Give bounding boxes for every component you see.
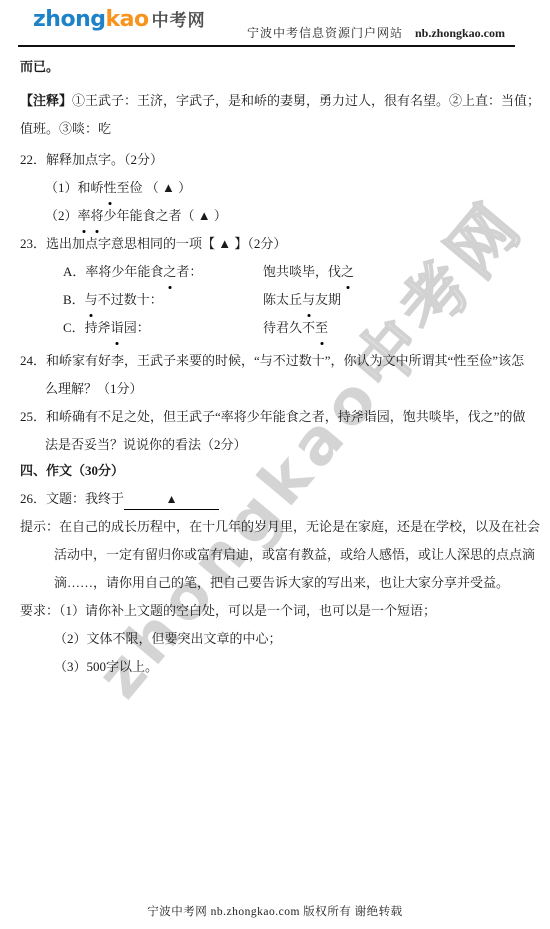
- text-segment: 四、作文（30分）: [20, 463, 124, 478]
- page-header: zhongkao中考网 宁波中考信息资源门户网站nb.zhongkao.com: [18, 0, 515, 47]
- text-segment: 23．选出加点字意思相同的一项【 ▲ 】（2分）: [20, 236, 286, 251]
- text-segment: 么理解？（1分）: [45, 381, 143, 396]
- text-segment: 【注释】: [20, 93, 72, 108]
- document-body: 而已。【注释】①王武子：王济，字武子，是和峤的妻舅，勇力过人，很有名望。②上直：…: [0, 47, 550, 681]
- dotted-char: 将: [91, 202, 104, 230]
- text-segment: 陈太丘: [263, 292, 302, 307]
- text-segment: 要求：（1）请你补上文题的空白处，可以是一个词，也可以是一个短语；: [20, 603, 436, 618]
- text-segment: （2）: [45, 208, 78, 223]
- text-line: 值班。③啖：吃: [20, 115, 535, 143]
- site-url: nb.zhongkao.com: [415, 26, 505, 40]
- text-segment: （3）500字以上。: [54, 659, 158, 674]
- site-info: 宁波中考信息资源门户网站nb.zhongkao.com: [247, 24, 505, 41]
- text-line: 提示：在自己的成长历程中，在十几年的岁月里，无论是在家庭，还是在学校，以及在社会: [20, 513, 535, 541]
- option-left-column: A．率将少年能食之者：: [63, 258, 263, 286]
- text-segment: A．率将少年能食: [63, 264, 163, 279]
- logo-zhong-text: zhong: [33, 7, 106, 32]
- text-segment: 者：: [176, 264, 202, 279]
- text-segment: 提示：在自己的成长历程中，在十几年的岁月里，无论是在家庭，还是在学校，以及在社会: [20, 519, 540, 534]
- dotted-char: 性: [104, 174, 117, 202]
- text-line: （3）500字以上。: [20, 653, 535, 681]
- logo-cn-text: 中考网: [152, 11, 206, 31]
- zhongkao-logo: zhongkao中考网: [33, 9, 206, 32]
- text-line: （1）和峤性至俭 （ ▲ ）: [20, 174, 535, 202]
- answer-blank: ▲: [124, 492, 219, 510]
- text-line: 而已。: [20, 53, 535, 81]
- option-left-column: C．持斧诣园：: [63, 314, 263, 342]
- dotted-char: 率: [78, 202, 91, 230]
- dotted-char: 与: [302, 286, 315, 314]
- text-line: 活动中，一定有留归你或富有启迪，或富有教益，或给人感悟，或让人深思的点点滴: [20, 541, 535, 569]
- exam-paper-page: zhongkao中考网 zhongkao中考网 宁波中考信息资源门户网站nb.z…: [0, 0, 550, 929]
- option-left-column: B．与不过数十：: [63, 286, 263, 314]
- text-segment: 滴……，请你用自己的笔，把自己要告诉大家的写出来，也让大家分享并受益。: [54, 575, 509, 590]
- text-segment: 值班。③啖：吃: [20, 121, 111, 136]
- text-line: 24．和峤家有好李，王武子来要的时候，“与不过数十”，你认为文中所谓其“性至俭”…: [20, 347, 535, 375]
- text-segment: 24．和峤家有好李，王武子来要的时候，“与不过数十”，你认为文中所谓其“性至俭”…: [20, 353, 524, 368]
- logo-kao-text: kao: [106, 7, 149, 32]
- text-segment: 少年能食之者（ ▲ ）: [104, 208, 227, 223]
- text-line: 滴……，请你用自己的笔，把自己要告诉大家的写出来，也让大家分享并受益。: [20, 569, 535, 597]
- text-segment: 待君久不: [263, 320, 315, 335]
- text-segment: 而已。: [20, 59, 59, 74]
- text-segment: （2）文体不限，但要突出文章的中心；: [54, 631, 282, 646]
- text-line: 25．和峤确有不足之处，但王武子“率将少年能食之者，持斧诣园，饱共啖毕，伐之”的…: [20, 403, 535, 431]
- text-line: 23．选出加点字意思相同的一项【 ▲ 】（2分）: [20, 230, 535, 258]
- dotted-char: 诣: [111, 314, 124, 342]
- dotted-char: 与: [85, 286, 98, 314]
- text-segment: C．持斧: [63, 320, 111, 335]
- text-segment: 至俭 （ ▲ ）: [117, 180, 192, 195]
- text-line: （2）率将少年能食之者（ ▲ ）: [20, 202, 535, 230]
- text-segment: 友期: [315, 292, 341, 307]
- site-name: 宁波中考信息资源门户网站: [247, 26, 403, 40]
- text-segment: ①王武子：王济，字武子，是和峤的妻舅，勇力过人，很有名望。②上直：当值；: [72, 93, 540, 108]
- text-line: 【注释】①王武子：王济，字武子，是和峤的妻舅，勇力过人，很有名望。②上直：当值；: [20, 87, 535, 115]
- dotted-char: 至: [315, 314, 328, 342]
- text-line: A．率将少年能食之者：饱共啖毕，伐之: [20, 258, 535, 286]
- text-segment: B．: [63, 292, 85, 307]
- text-line: C．持斧诣园：待君久不至: [20, 314, 535, 342]
- text-segment: 饱共啖毕，伐: [263, 264, 341, 279]
- text-line: （2）文体不限，但要突出文章的中心；: [20, 625, 535, 653]
- text-line: 法是否妥当？说说你的看法（2分）: [20, 431, 535, 459]
- page-footer: 宁波中考网 nb.zhongkao.com 版权所有 谢绝转载: [0, 903, 550, 919]
- text-line: 么理解？（1分）: [20, 375, 535, 403]
- text-segment: 26．文题：我终于: [20, 491, 124, 506]
- dotted-char: 之: [163, 258, 176, 286]
- text-line: 26．文题：我终于▲: [20, 485, 535, 513]
- text-line: B．与不过数十：陈太丘与友期: [20, 286, 535, 314]
- text-line: 要求：（1）请你补上文题的空白处，可以是一个词，也可以是一个短语；: [20, 597, 535, 625]
- text-segment: 法是否妥当？说说你的看法（2分）: [45, 437, 247, 452]
- text-segment: （1）和峤: [45, 180, 104, 195]
- text-segment: 22．解释加点字。（2分）: [20, 152, 163, 167]
- text-segment: 不过数十：: [98, 292, 163, 307]
- text-line: 四、作文（30分）: [20, 457, 535, 485]
- text-segment: 园：: [124, 320, 150, 335]
- text-segment: 25．和峤确有不足之处，但王武子“率将少年能食之者，持斧诣园，饱共啖毕，伐之”的…: [20, 409, 526, 424]
- dotted-char: 之: [341, 258, 354, 286]
- text-segment: 活动中，一定有留归你或富有启迪，或富有教益，或给人感悟，或让人深思的点点滴: [54, 547, 535, 562]
- text-line: 22．解释加点字。（2分）: [20, 146, 535, 174]
